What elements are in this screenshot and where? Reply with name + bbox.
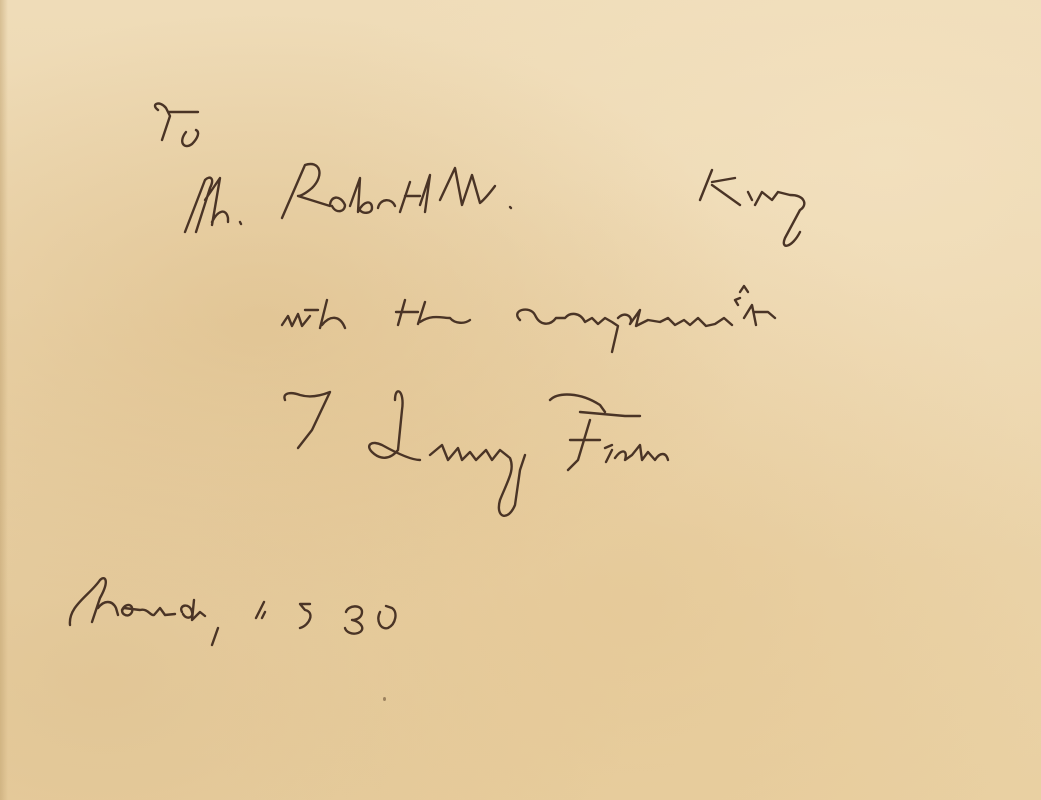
of-handwriting <box>284 392 330 448</box>
salutation-handwriting <box>155 104 198 147</box>
compliments-handwriting <box>282 286 775 352</box>
date-handwriting <box>70 578 396 645</box>
inscription-page: To Mr. Robert W. King with the complimen… <box>0 0 1041 800</box>
handwriting-strokes <box>0 0 1041 800</box>
signature-handwriting <box>369 391 668 516</box>
recipient-handwriting <box>185 164 804 246</box>
